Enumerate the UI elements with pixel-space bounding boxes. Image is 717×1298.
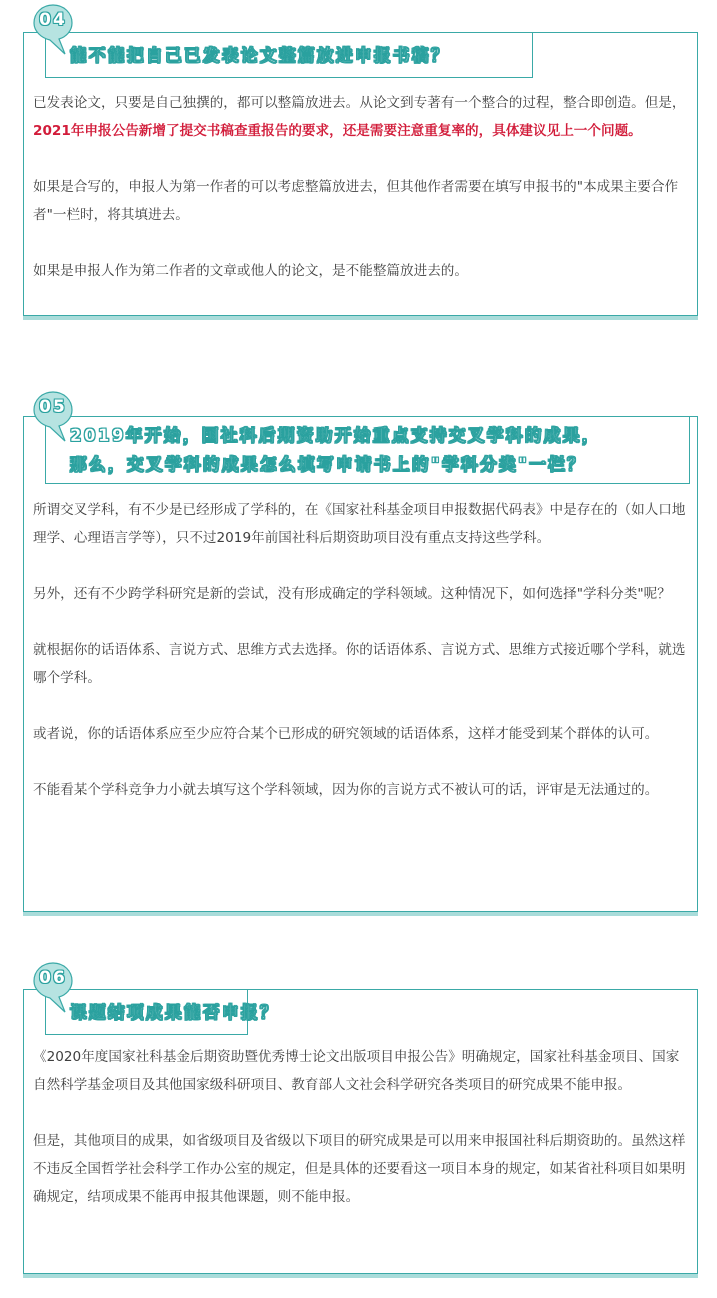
section-title: 能不能把自己已发表论文整篇放进申报书稿？: [70, 41, 518, 70]
paragraph-text: 已发表论文，只要是自己独撰的，都可以整篇放进去。从论文到专著有一个整合的过程，整…: [33, 95, 686, 111]
paragraph: 不能看某个学科竞争力小就去填写这个学科领域，因为你的言说方式不被认可的话，评审是…: [33, 776, 688, 804]
number-badge: 05: [33, 391, 73, 431]
section-body: 《2020年度国家社科基金后期资助暨优秀博士论文出版项目申报公告》明确规定，国家…: [33, 1043, 688, 1211]
paragraph: 但是，其他项目的成果，如省级项目及省级以下项目的研究成果是可以用来申报国社科后期…: [33, 1127, 688, 1211]
section-title-line-2: 那么，交叉学科的成果怎么填写申请书上的"学科分类"一栏？: [70, 450, 675, 479]
section-title-box: 2019年开始，国社科后期资助开始重点支持交叉学科的成果， 那么，交叉学科的成果…: [45, 416, 690, 484]
highlighted-text: 2021年申报公告新增了提交书稿查重报告的要求，还是需要注意重复率的，具体建议见…: [33, 123, 642, 139]
section-title: 课题结项成果能否申报？: [70, 998, 233, 1027]
section-06: 课题结项成果能否申报？ 06 《2020年度国家社科基金后期资助暨优秀博士论文出…: [23, 960, 698, 1280]
section-body: 已发表论文，只要是自己独撰的，都可以整篇放进去。从论文到专著有一个整合的过程，整…: [33, 89, 688, 285]
section-title-box: 能不能把自己已发表论文整篇放进申报书稿？: [45, 32, 533, 78]
badge-number: 06: [33, 968, 73, 988]
section-05: 2019年开始，国社科后期资助开始重点支持交叉学科的成果， 那么，交叉学科的成果…: [23, 394, 698, 919]
paragraph: 如果是合写的，申报人为第一作者的可以考虑整篇放进去，但其他作者需要在填写申报书的…: [33, 173, 688, 229]
section-title-line-1: 2019年开始，国社科后期资助开始重点支持交叉学科的成果，: [70, 421, 675, 450]
paragraph: 已发表论文，只要是自己独撰的，都可以整篇放进去。从论文到专著有一个整合的过程，整…: [33, 89, 688, 145]
paragraph: 另外，还有不少跨学科研究是新的尝试，没有形成确定的学科领域。这种情况下，如何选择…: [33, 580, 688, 608]
number-badge: 04: [33, 4, 73, 44]
number-badge: 06: [33, 962, 73, 1002]
section-body: 所谓交叉学科，有不少是已经形成了学科的，在《国家社科基金项目申报数据代码表》中是…: [33, 496, 688, 804]
paragraph: 或者说，你的话语体系应至少应符合某个已形成的研究领域的话语体系，这样才能受到某个…: [33, 720, 688, 748]
badge-number: 05: [33, 397, 73, 417]
paragraph: 就根据你的话语体系、言说方式、思维方式去选择。你的话语体系、言说方式、思维方式接…: [33, 636, 688, 692]
badge-number: 04: [33, 10, 73, 30]
paragraph: 《2020年度国家社科基金后期资助暨优秀博士论文出版项目申报公告》明确规定，国家…: [33, 1043, 688, 1099]
section-04: 能不能把自己已发表论文整篇放进申报书稿？ 04 已发表论文，只要是自己独撰的，都…: [23, 0, 698, 318]
paragraph: 如果是申报人作为第二作者的文章或他人的论文，是不能整篇放进去的。: [33, 257, 688, 285]
paragraph: 所谓交叉学科，有不少是已经形成了学科的，在《国家社科基金项目申报数据代码表》中是…: [33, 496, 688, 552]
